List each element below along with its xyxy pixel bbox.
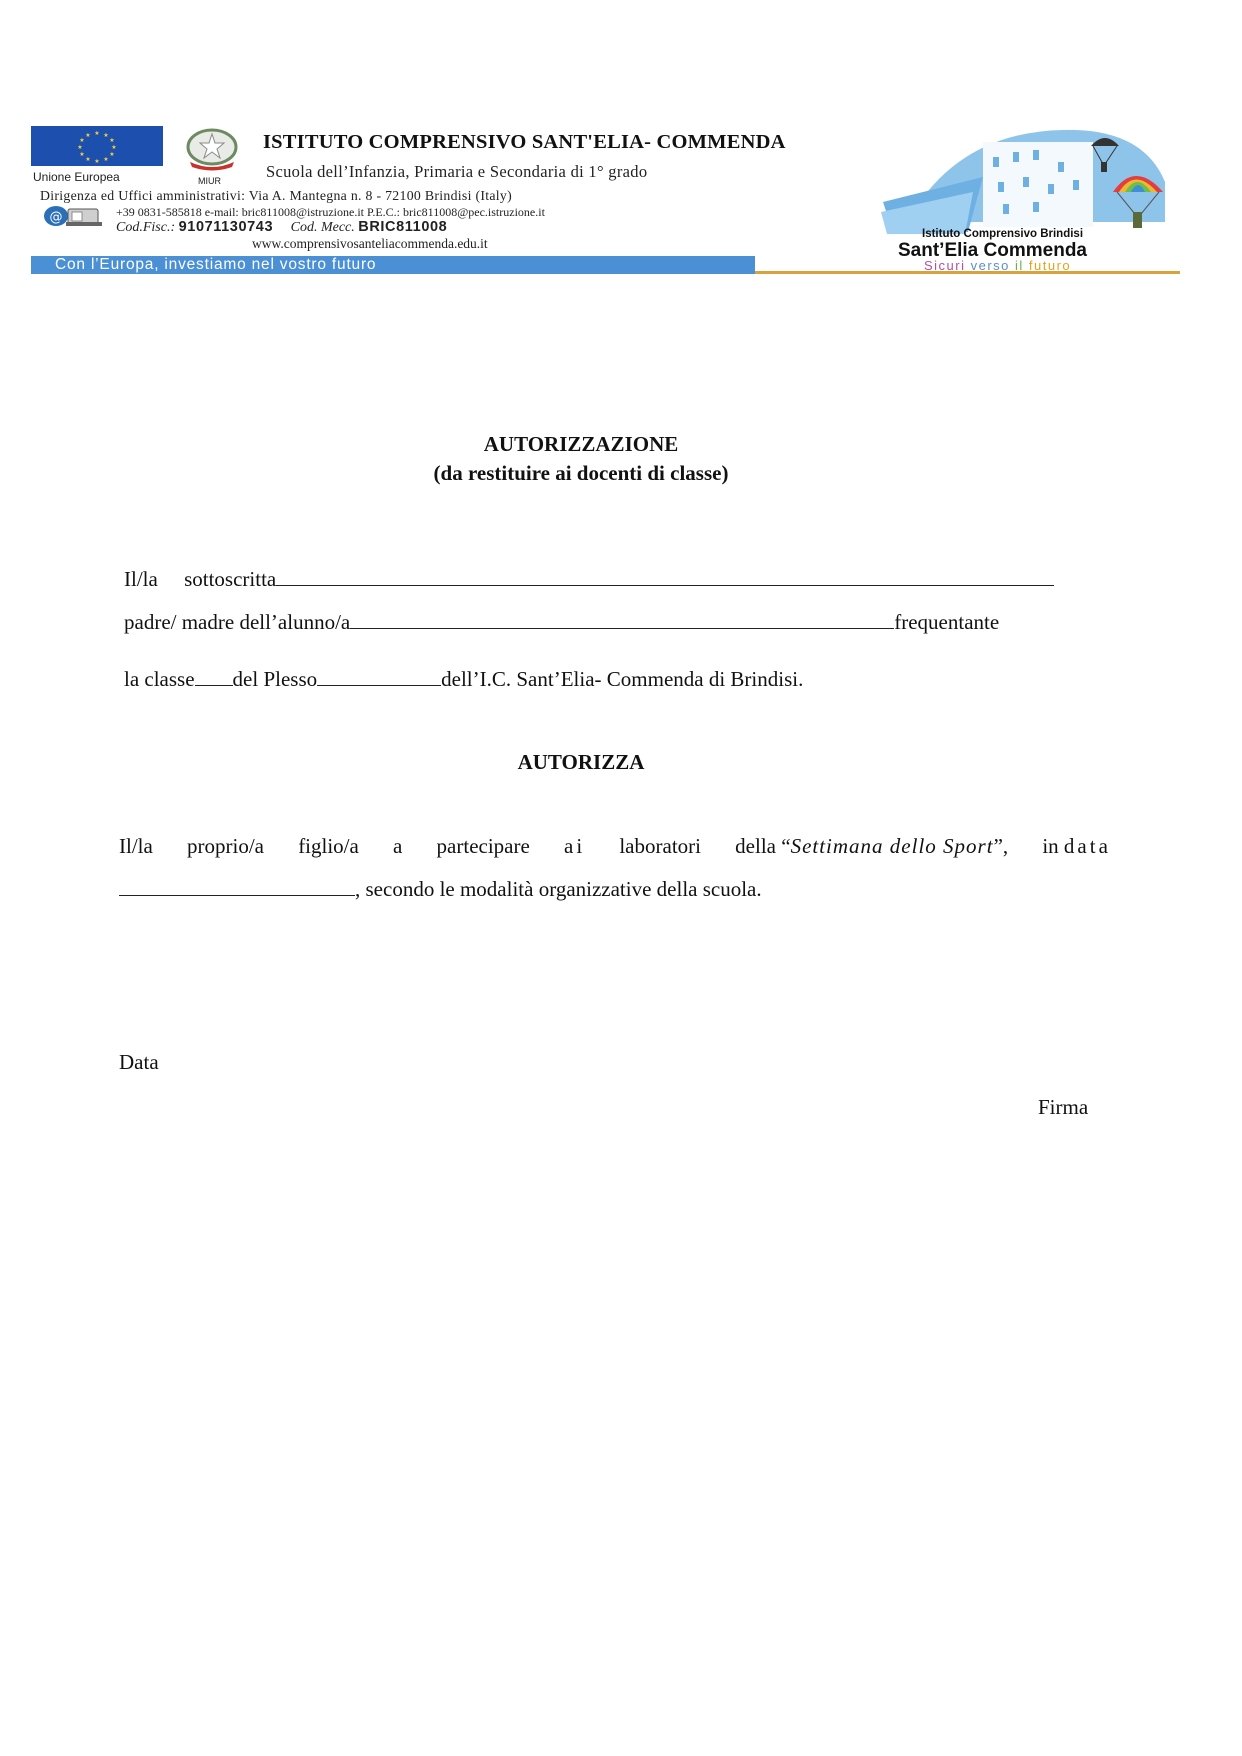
form-line-classe: la classedel Plessodell’I.C. Sant’Elia- … (124, 667, 803, 692)
form-line-sottoscritta: Il/la sottoscritta (124, 567, 1054, 592)
svg-text:★: ★ (85, 156, 90, 163)
logo-institute-line: Istituto Comprensivo Brindisi (922, 228, 1083, 240)
school-address: Dirigenza ed Uffici amministrativi: Via … (40, 188, 512, 204)
date-label: Data (119, 1050, 159, 1075)
line1-prefix: Il/la (124, 567, 158, 591)
school-contacts: +39 0831-585818 e-mail: bric811008@istru… (116, 205, 545, 220)
cod-fisc-value: 91071130743 (179, 219, 274, 235)
form-line-alunno: padre/ madre dell’alunno/afrequentante (124, 610, 999, 635)
laboratori-date-blank-field[interactable] (119, 877, 355, 896)
event-name: Settimana dello Sport (791, 834, 994, 858)
cod-fisc-label: Cod.Fisc.: (116, 220, 175, 235)
alunno-blank-field[interactable] (350, 610, 894, 629)
word: proprio/a (187, 834, 264, 859)
autorizza-heading: AUTORIZZA (0, 750, 1162, 775)
cod-mecc-value: BRIC811008 (358, 219, 447, 235)
svg-text:★: ★ (109, 137, 114, 144)
word: Il/la (119, 834, 153, 859)
italian-republic-emblem-icon (176, 128, 248, 172)
word: partecipare (437, 834, 530, 859)
word: figlio/a (298, 834, 359, 859)
miur-label: MIUR (198, 176, 221, 186)
authorization-paragraph-line2: , secondo le modalità organizzative dell… (119, 877, 762, 902)
eu-label: Unione Europea (33, 170, 120, 184)
eu-stars-icon: ★★★ ★★★ ★★★ ★★★ (31, 126, 163, 166)
plesso-blank-field[interactable] (317, 667, 441, 686)
line1-label: sottoscritta (184, 567, 276, 591)
logo-tagline: Sicuri verso il futuro (924, 258, 1071, 273)
svg-text:★: ★ (103, 132, 108, 139)
cod-mecc-label: Cod. Mecc. (291, 220, 355, 235)
svg-text:@: @ (50, 210, 63, 225)
svg-text:★: ★ (85, 132, 90, 139)
sottoscritta-blank-field[interactable] (276, 567, 1054, 586)
school-type: Scuola dell’Infanzia, Primaria e Seconda… (266, 162, 647, 182)
line2-suffix: frequentante (894, 610, 999, 634)
document-subtitle: (da restituire ai docenti di classe) (0, 461, 1162, 486)
event-phrase: della “Settimana dello Sport”, (735, 834, 1008, 859)
authorization-paragraph-line1: Il/la proprio/a figlio/a a partecipare a… (119, 834, 1111, 859)
svg-text:★: ★ (111, 144, 116, 151)
word: a (393, 834, 402, 859)
classe-blank-field[interactable] (195, 667, 233, 686)
svg-text:★: ★ (109, 151, 114, 158)
eu-flag-logo: ★★★ ★★★ ★★★ ★★★ (31, 126, 163, 166)
school-name: ISTITUTO COMPRENSIVO SANT'ELIA- COMMENDA (263, 131, 786, 154)
document-title: AUTORIZZAZIONE (0, 432, 1162, 457)
line3-class-label: la classe (124, 667, 195, 691)
line3-plesso-label: del Plesso (233, 667, 318, 691)
line2-text: , secondo le modalità organizzative dell… (355, 877, 762, 901)
eu-banner-text: Con l’Europa, investiamo nel vostro futu… (55, 256, 376, 274)
svg-text:★: ★ (94, 158, 99, 165)
word: laboratori (619, 834, 701, 859)
svg-text:★: ★ (94, 130, 99, 137)
line3-suffix: dell’I.C. Sant’Elia- Commenda di Brindis… (441, 667, 803, 691)
signature-label: Firma (1038, 1095, 1088, 1120)
line2-label: padre/ madre dell’alunno/a (124, 610, 350, 634)
phone-email-icon: @ (42, 204, 108, 228)
svg-text:★: ★ (77, 144, 82, 151)
school-codes: Cod.Fisc.: 91071130743 Cod. Mecc. BRIC81… (116, 219, 447, 236)
in-data-phrase: in data (1042, 834, 1111, 859)
svg-text:★: ★ (79, 137, 84, 144)
svg-text:★: ★ (79, 151, 84, 158)
svg-text:★: ★ (103, 156, 108, 163)
eu-banner: Con l’Europa, investiamo nel vostro futu… (31, 256, 755, 274)
word: ai (564, 834, 585, 859)
school-website: www.comprensivosanteliacommenda.edu.it (252, 236, 488, 252)
